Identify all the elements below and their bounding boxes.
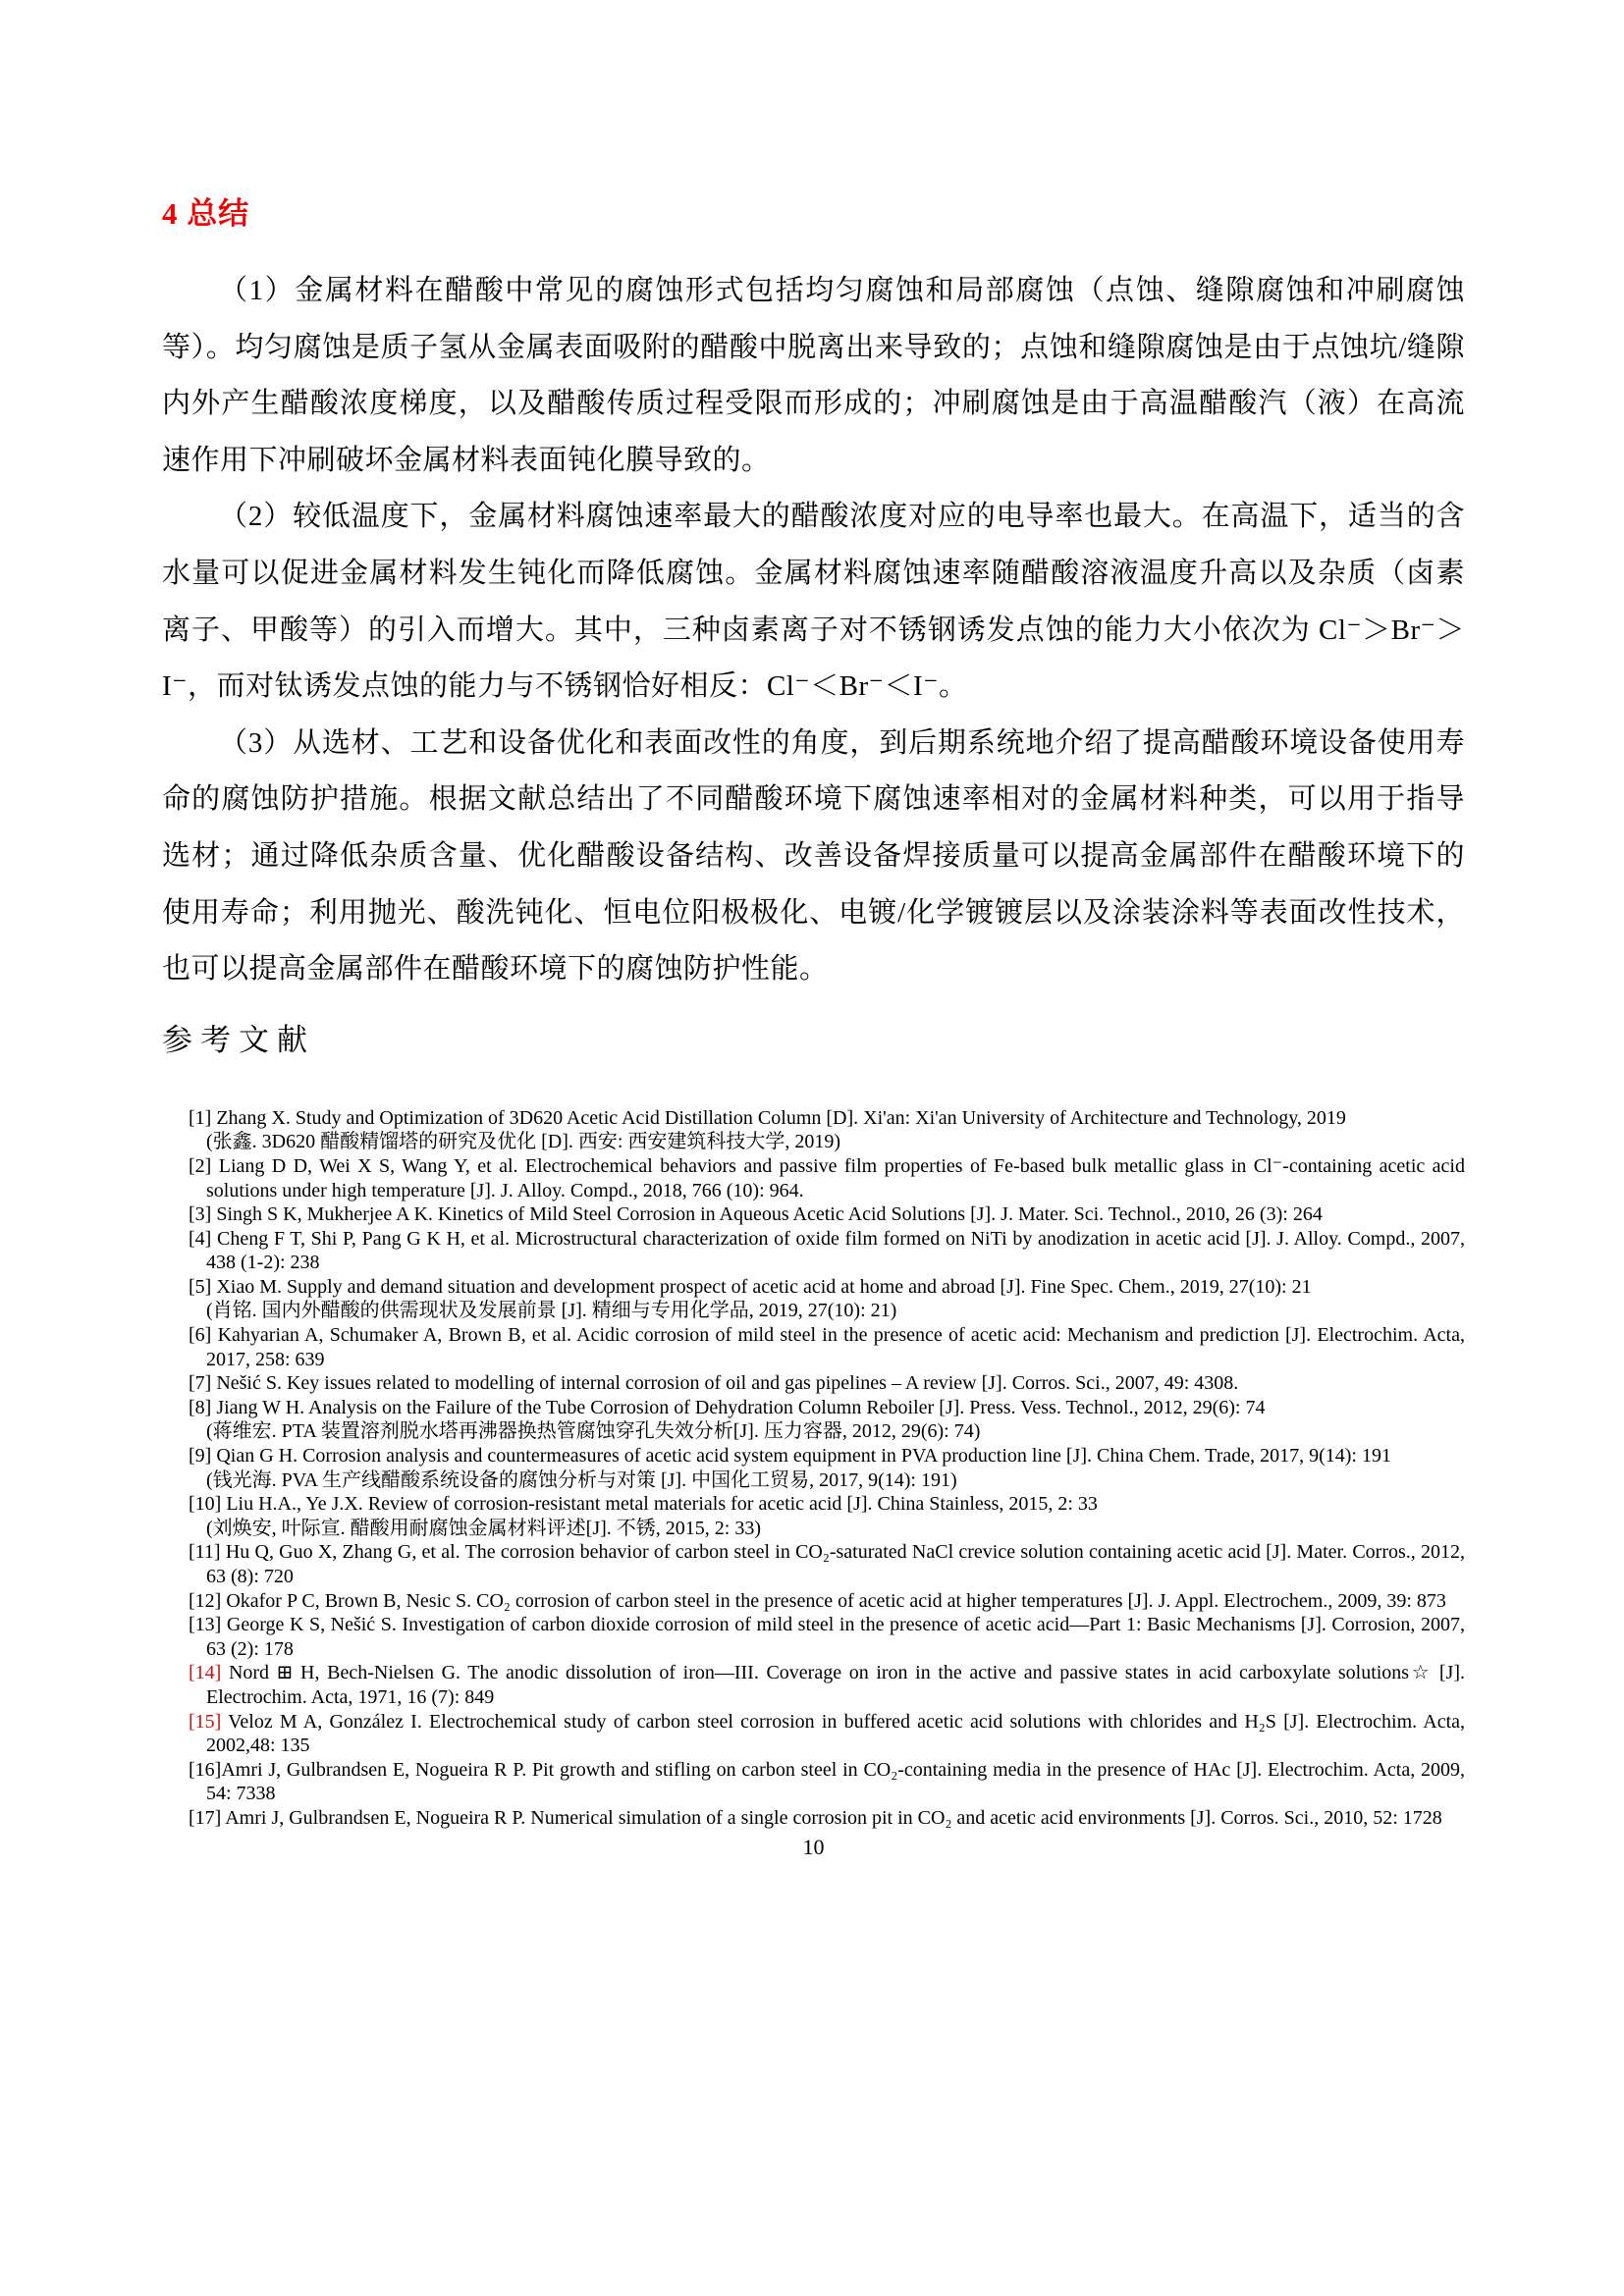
reference-translation: (肖铭. 国内外醋酸的供需现状及发展前景 [J]. 精细与专用化学品, 2019… [206,1299,1465,1323]
references-heading: 参考文献 [162,1020,1465,1061]
paragraph: （2）较低温度下，金属材料腐蚀速率最大的醋酸浓度对应的电导率也最大。在高温下，适… [162,489,1465,715]
reference-label: [14] [189,1662,221,1683]
reference-label: [15] [189,1711,221,1733]
reference-item: [4] Cheng F T, Shi P, Pang G K H, et al.… [189,1227,1465,1275]
paragraphs: （1）金属材料在醋酸中常见的腐蚀形式包括均匀腐蚀和局部腐蚀（点蚀、缝隙腐蚀和冲刷… [162,263,1465,998]
reference-item: [2] Liang D D, Wei X S, Wang Y, et al. E… [189,1154,1465,1202]
paragraph: （3）从选材、工艺和设备优化和表面改性的角度，到后期系统地介绍了提高醋酸环境设备… [162,716,1465,998]
reference-label: [1] [189,1107,211,1129]
reference-item: [7] Nešić S. Key issues related to model… [189,1371,1465,1396]
reference-item: [14] Nord ⊞ H, Bech-Nielsen G. The anodi… [189,1661,1465,1709]
reference-label: [7] [189,1372,211,1394]
section-heading: 4 总结 [162,194,1465,234]
reference-translation: (钱光海. PVA 生产线醋酸系统设备的腐蚀分析与对策 [J]. 中国化工贸易,… [206,1468,1465,1493]
reference-item: [13] George K S, Nešić S. Investigation … [189,1613,1465,1661]
reference-label: [16] [189,1759,221,1781]
paragraph: （1）金属材料在醋酸中常见的腐蚀形式包括均匀腐蚀和局部腐蚀（点蚀、缝隙腐蚀和冲刷… [162,263,1465,489]
reference-text: Xiao M. Supply and demand situation and … [211,1276,1311,1298]
reference-text: Cheng F T, Shi P, Pang G K H, et al. Mic… [206,1228,1465,1274]
reference-translation: (张鑫. 3D620 醋酸精馏塔的研究及优化 [D]. 西安: 西安建筑科技大学… [206,1130,1465,1154]
reference-label: [10] [189,1493,221,1515]
reference-label: [5] [189,1276,211,1298]
reference-item: [12] Okafor P C, Brown B, Nesic S. CO₂ c… [189,1589,1465,1614]
reference-text: Nord ⊞ H, Bech-Nielsen G. The anodic dis… [206,1662,1465,1708]
reference-item: [9] Qian G H. Corrosion analysis and cou… [189,1444,1465,1492]
reference-text: Liu H.A., Ye J.X. Review of corrosion-re… [221,1493,1098,1515]
reference-label: [6] [189,1324,211,1346]
reference-label: [3] [189,1203,211,1225]
reference-text: George K S, Nešić S. Investigation of ca… [206,1614,1465,1660]
page-number: 10 [162,1835,1465,1860]
reference-item: [15] Veloz M A, González I. Electrochemi… [189,1710,1465,1758]
reference-item: [1] Zhang X. Study and Optimization of 3… [189,1106,1465,1154]
reference-text: Jiang W H. Analysis on the Failure of th… [211,1397,1265,1418]
reference-text: Okafor P C, Brown B, Nesic S. CO₂ corros… [221,1590,1446,1612]
reference-text: Zhang X. Study and Optimization of 3D620… [211,1107,1346,1129]
document-page: 4 总结 （1）金属材料在醋酸中常见的腐蚀形式包括均匀腐蚀和局部腐蚀（点蚀、缝隙… [0,0,1624,2296]
reference-text: Nešić S. Key issues related to modelling… [211,1372,1238,1394]
reference-text: Qian G H. Corrosion analysis and counter… [211,1445,1391,1467]
reference-item: [8] Jiang W H. Analysis on the Failure o… [189,1396,1465,1444]
reference-item: [16]Amri J, Gulbrandsen E, Nogueira R P.… [189,1758,1465,1806]
reference-label: [13] [189,1614,221,1635]
reference-text: Amri J, Gulbrandsen E, Nogueira R P. Pit… [206,1759,1465,1805]
reference-label: [4] [189,1228,211,1250]
reference-translation: (蒋维宏. PTA 装置溶剂脱水塔再沸器换热管腐蚀穿孔失效分析[J]. 压力容器… [206,1419,1465,1444]
reference-item: [5] Xiao M. Supply and demand situation … [189,1275,1465,1323]
reference-item: [6] Kahyarian A, Schumaker A, Brown B, e… [189,1323,1465,1371]
reference-text: Liang D D, Wei X S, Wang Y, et al. Elect… [206,1155,1465,1201]
reference-label: [12] [189,1590,221,1612]
reference-list: [1] Zhang X. Study and Optimization of 3… [189,1106,1465,1831]
reference-label: [17] [189,1807,221,1829]
reference-text: Veloz M A, González I. Electrochemical s… [206,1711,1465,1757]
reference-item: [3] Singh S K, Mukherjee A K. Kinetics o… [189,1202,1465,1227]
reference-text: Kahyarian A, Schumaker A, Brown B, et al… [206,1324,1465,1370]
reference-text: Singh S K, Mukherjee A K. Kinetics of Mi… [211,1203,1322,1225]
reference-translation: (刘焕安, 叶际宣. 醋酸用耐腐蚀金属材料评述[J]. 不锈, 2015, 2:… [206,1517,1465,1541]
reference-item: [17] Amri J, Gulbrandsen E, Nogueira R P… [189,1806,1465,1831]
reference-text: Hu Q, Guo X, Zhang G, et al. The corrosi… [206,1541,1465,1587]
reference-item: [11] Hu Q, Guo X, Zhang G, et al. The co… [189,1540,1465,1588]
reference-label: [8] [189,1397,211,1418]
reference-item: [10] Liu H.A., Ye J.X. Review of corrosi… [189,1492,1465,1540]
reference-text: Amri J, Gulbrandsen E, Nogueira R P. Num… [221,1807,1441,1829]
reference-label: [11] [189,1541,221,1563]
reference-label: [9] [189,1445,211,1467]
reference-label: [2] [189,1155,211,1177]
